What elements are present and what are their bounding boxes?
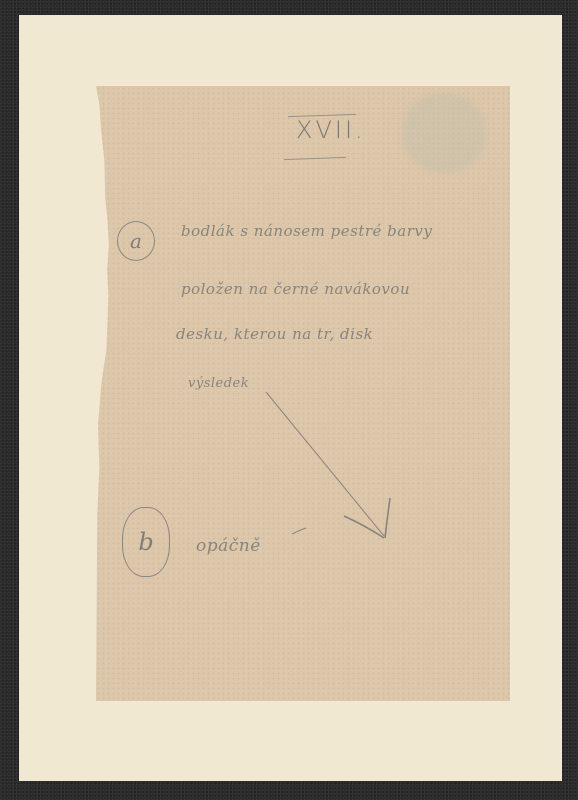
page-numeral: XVII. <box>296 116 366 144</box>
torn-paper-sheet <box>96 86 510 701</box>
item-a-line-1: bodlák s nánosem pestré barvy <box>181 222 432 240</box>
item-a-line-4: výsledek <box>188 376 249 391</box>
item-a-line-3: desku, kterou na tr, disk <box>176 325 373 343</box>
item-b-letter: b <box>138 528 153 556</box>
item-a-letter: a <box>130 229 142 253</box>
item-b-text: opáčně <box>196 536 261 556</box>
item-a-line-2: položen na černé navákovou <box>181 280 410 298</box>
item-b-marker: b <box>122 507 170 577</box>
paper-stain <box>402 93 486 173</box>
item-a-marker: a <box>117 221 155 261</box>
